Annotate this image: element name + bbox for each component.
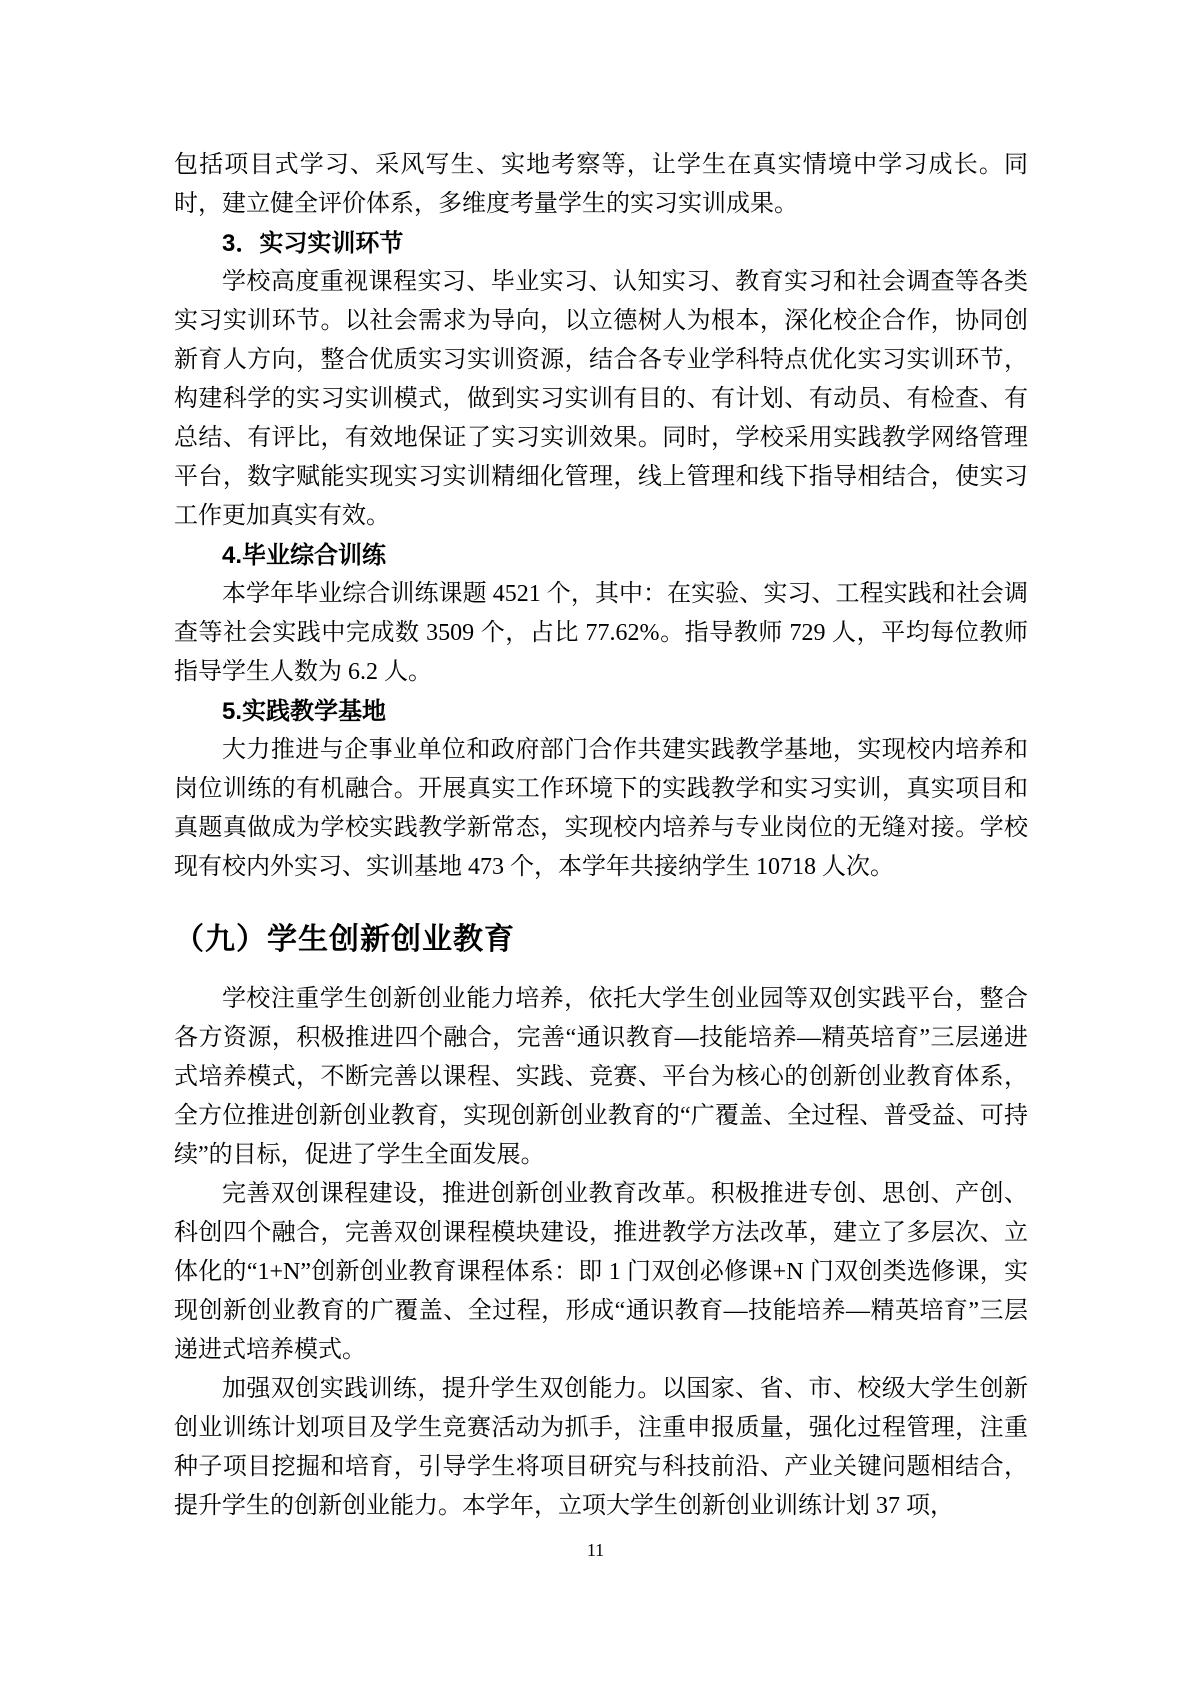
paragraph-innovation-practice-training: 加强双创实践训练，提升学生双创能力。以国家、省、市、校级大学生创新创业训练计划项… (174, 1370, 1028, 1526)
paragraph-graduation-training-stats: 本学年毕业综合训练课题 4521 个，其中：在实验、实习、工程实践和社会调查等社… (174, 575, 1028, 692)
paragraph-innovation-education-overview: 学校注重学生创新创业能力培养，依托大学生创业园等双创实践平台，整合各方资源，积极… (174, 980, 1028, 1175)
heading-graduation-comprehensive-training: 4.毕业综合训练 (174, 536, 1028, 575)
paragraph-evaluation-continuation: 包括项目式学习、采风写生、实地考察等，让学生在真实情境中学习成长。同时，建立健全… (174, 146, 1028, 224)
page-body-text: 包括项目式学习、采风写生、实地考察等，让学生在真实情境中学习成长。同时，建立健全… (174, 146, 1028, 1526)
heading-internship-training-section: 3．实习实训环节 (174, 224, 1028, 263)
heading-practice-teaching-base: 5.实践教学基地 (174, 692, 1028, 731)
page-number: 11 (0, 1538, 1191, 1562)
document-page: 包括项目式学习、采风写生、实地考察等，让学生在真实情境中学习成长。同时，建立健全… (0, 0, 1191, 1684)
section-heading-innovation-entrepreneurship-education: （九）学生创新创业教育 (174, 917, 1028, 963)
paragraph-practice-teaching-base: 大力推进与企事业单位和政府部门合作共建实践教学基地，实现校内培养和岗位训练的有机… (174, 731, 1028, 887)
paragraph-internship-training: 学校高度重视课程实习、毕业实习、认知实习、教育实习和社会调查等各类实习实训环节。… (174, 263, 1028, 536)
paragraph-innovation-curriculum: 完善双创课程建设，推进创新创业教育改革。积极推进专创、思创、产创、科创四个融合，… (174, 1175, 1028, 1370)
